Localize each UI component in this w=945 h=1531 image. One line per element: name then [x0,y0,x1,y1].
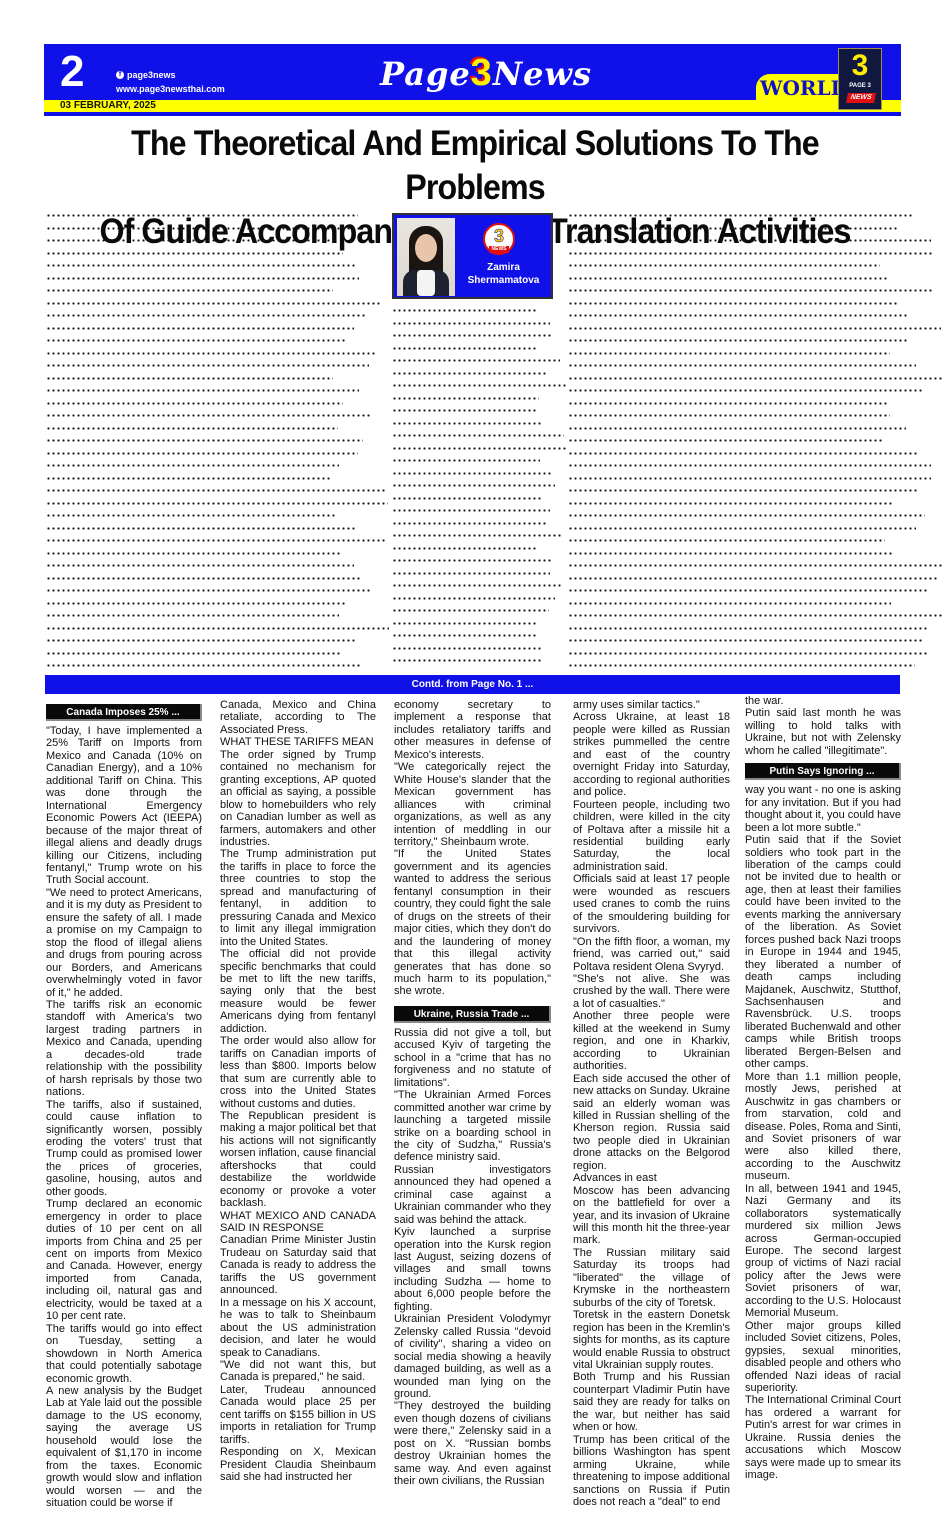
paragraph: The tariffs risk an economic standoff wi… [46,999,202,1099]
paragraph: army uses similar tactics." [573,699,730,711]
paragraph: "If the United States government and its… [394,848,551,997]
badge-news: NEWS [846,93,876,103]
section-heading-putin: Putin Says Ignoring ... [745,763,901,780]
author-name: Zamira Shermamatova [456,261,551,287]
paragraph: "They destroyed the building even though… [394,1400,551,1487]
paragraph: Another three people were killed at the … [573,1010,730,1072]
paragraph: Later, Trudeau announced Canada would pl… [220,1384,376,1446]
redacted-text-block-middle [392,309,568,670]
paragraph: More than 1.1 million people, mostly Jew… [745,1071,901,1183]
logo-number: 3 [471,52,493,94]
paragraph: The International Criminal Court has ord… [745,1394,901,1481]
paragraph: Officials said at least 17 people were w… [573,873,730,935]
subheading: Advances in east [573,1172,730,1184]
paragraph: The Russian military said Saturday its t… [573,1247,730,1309]
facebook-handle[interactable]: page3news [127,70,176,80]
paragraph: Other major groups killed included Sovie… [745,1320,901,1395]
section-heading-ukraine-russia: Ukraine, Russia Trade ... [394,1006,551,1023]
author-card: 3 NEWS Zamira Shermamatova [392,213,553,299]
paragraph: In a message on his X account, he was to… [220,1297,376,1359]
column-5: the war. Putin said last month he was wi… [745,695,901,1482]
page3-badge-icon: 3 PAGE 3 NEWS [838,48,882,110]
redacted-text-block-right [568,214,945,670]
section-heading-canada-tariffs: Canada Imposes 25% ... [46,704,202,721]
author-first-name: Zamira [456,261,551,274]
badge-number: 3 [839,49,881,83]
paragraph: Both Trump and his Russian counterpart V… [573,1371,730,1433]
paragraph: the war. [745,695,901,707]
paragraph: "We did not want this, but Canada is pre… [220,1359,376,1384]
paragraph: "She's not alive. She was crushed by the… [573,973,730,1010]
paragraph: The Trump administration put the tariffs… [220,848,376,948]
paragraph: Canadian Prime Minister Justin Trudeau o… [220,1234,376,1296]
paragraph: The tariffs, also if sustained, could ca… [46,1099,202,1199]
column-4: army uses similar tactics." Across Ukrai… [573,699,730,1508]
page-number: 2 [60,46,84,98]
headline-line-1: The Theoretical And Empirical Solutions … [75,122,875,210]
paragraph: Russia did not give a toll, but accused … [394,1027,551,1089]
website-link[interactable]: www.page3newsthai.com [116,84,225,94]
column-3: economy secretary to implement a respons… [394,699,551,1488]
paragraph: "On the fifth floor, a woman, my friend,… [573,936,730,973]
author-logo-news: NEWS [489,246,509,253]
author-last-name: Shermamatova [456,274,551,287]
redacted-text-block-left [46,214,390,670]
section-label: WORLD [760,76,848,100]
logo-text-right: News [493,55,592,93]
paragraph: Moscow has been advancing on the battlef… [573,1185,730,1247]
paragraph: Across Ukraine, at least 18 people were … [573,711,730,798]
paragraph: The tariffs would go into effect on Tues… [46,1323,202,1385]
paragraph: The official did not provide specific be… [220,948,376,1035]
facebook-line: f page3news [116,70,176,80]
paragraph: "Today, I have implemented a 25% Tariff … [46,725,202,887]
subheading: WHAT MEXICO AND CANADA SAID IN RESPONSE [220,1210,376,1235]
paragraph: In all, between 1941 and 1945, Nazi Germ… [745,1183,901,1320]
badge-subtitle: PAGE 3 [839,83,881,89]
paragraph: Fourteen people, including two children,… [573,799,730,874]
page3-logo-icon: 3 NEWS [483,223,515,255]
paragraph: "We need to protect Americans, and it is… [46,887,202,999]
column-1: Canada Imposes 25% ... "Today, I have im… [46,704,202,1510]
paragraph: Putin said that if the Soviet soldiers w… [745,834,901,1071]
paragraph: Trump has been critical of the billions … [573,1434,730,1509]
masthead: 2 f page3news www.page3newsthai.com Page… [44,44,901,116]
subheading: WHAT THESE TARIFFS MEAN [220,736,376,748]
author-photo [397,218,455,296]
paragraph: "The Ukrainian Armed Forces committed an… [394,1089,551,1164]
paragraph: The order would also allow for tariffs o… [220,1035,376,1110]
paragraph: Russian investigators announced they had… [394,1164,551,1226]
logo-text-left: Page [380,55,471,93]
paragraph: Toretsk in the eastern Donetsk region ha… [573,1309,730,1371]
issue-date: 03 FEBRUARY, 2025 [60,100,156,112]
paragraph: The Republican president is making a maj… [220,1110,376,1210]
continued-banner: Contd. from Page No. 1 ... [45,675,900,694]
paragraph: A new analysis by the Budget Lab at Yale… [46,1385,202,1510]
paragraph: "We categorically reject the White House… [394,761,551,848]
masthead-logo: Page3News [380,50,592,97]
paragraph: Canada, Mexico and China retaliate, acco… [220,699,376,736]
paragraph: The order signed by Trump contained no m… [220,749,376,849]
facebook-icon: f [116,71,124,79]
paragraph: economy secretary to implement a respons… [394,699,551,761]
paragraph: Ukrainian President Volodymyr Zelensky c… [394,1313,551,1400]
paragraph: Trump declared an economic emergency in … [46,1198,202,1323]
paragraph: Each side accused the other of new attac… [573,1073,730,1173]
paragraph: way you want - no one is asking for any … [745,784,901,834]
author-logo-number: 3 [485,225,513,247]
paragraph: Responding on X, Mexican President Claud… [220,1446,376,1483]
paragraph: Kyiv launched a surprise operation into … [394,1226,551,1313]
paragraph: Putin said last month he was willing to … [745,707,901,757]
column-2: Canada, Mexico and China retaliate, acco… [220,699,376,1484]
section-tab: WORLD [756,74,838,102]
